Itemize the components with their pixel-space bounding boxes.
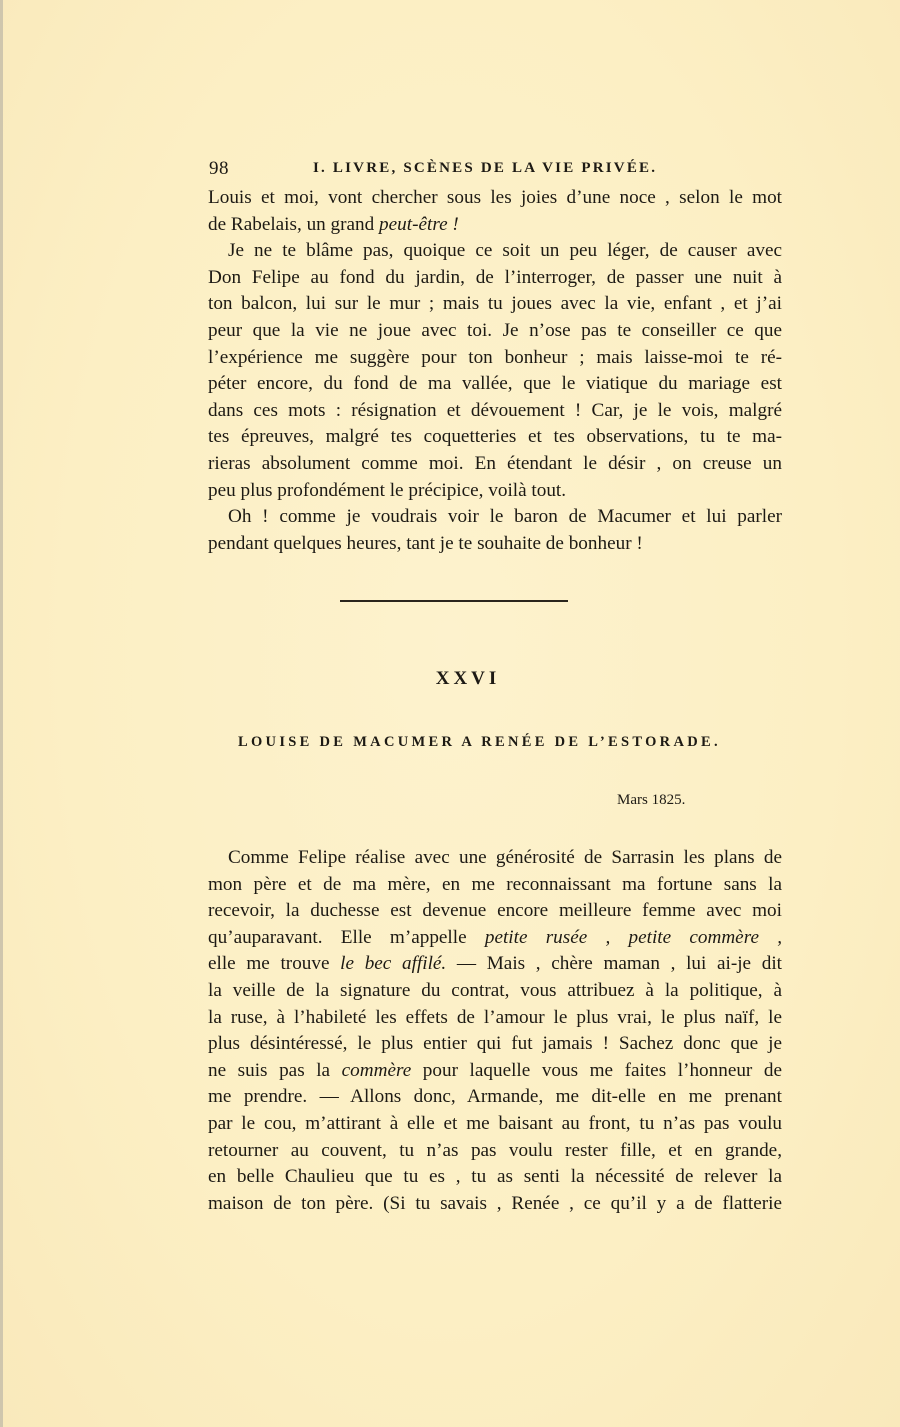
letter-date: Mars 1825. bbox=[617, 792, 685, 809]
text-run: mon père et de ma mère, en me reconnaiss… bbox=[208, 874, 782, 895]
text-run: la ruse, à l’habileté les effets de l’am… bbox=[208, 1007, 782, 1028]
text-run: l’expérience me suggère pour ton bonheur… bbox=[208, 347, 782, 368]
text-run: retourner au couvent, tu n’as pas voulu … bbox=[208, 1140, 782, 1161]
text-run: en belle Chaulieu que tu es , tu as sent… bbox=[208, 1166, 782, 1187]
text-line: de Rabelais, un grand peut-être ! bbox=[208, 212, 782, 239]
text-run: Comme Felipe réalise avec une générosité… bbox=[228, 847, 782, 868]
text-line: Don Felipe au fond du jardin, de l’inter… bbox=[208, 265, 782, 292]
page-edge bbox=[0, 0, 3, 1427]
text-run: dans ces mots : résignation et dévouemen… bbox=[208, 400, 782, 421]
text-run: péter encore, du fond de ma vallée, que … bbox=[208, 373, 782, 394]
text-line: qu’auparavant. Elle m’appelle petite rus… bbox=[208, 925, 782, 952]
text-run: elle me trouve bbox=[208, 953, 340, 974]
text-run: pendant quelques heures, tant je te souh… bbox=[208, 533, 643, 554]
text-run: tes épreuves, malgré tes coquetteries et… bbox=[208, 426, 782, 447]
text-run: Louis et moi, vont chercher sous les joi… bbox=[208, 187, 782, 208]
text-line: mon père et de ma mère, en me reconnaiss… bbox=[208, 872, 782, 899]
text-line: ton balcon, lui sur le mur ; mais tu jou… bbox=[208, 291, 782, 318]
text-run: Oh ! comme je voudrais voir le baron de … bbox=[228, 506, 782, 527]
page-number: 98 bbox=[209, 158, 229, 180]
text-line: l’expérience me suggère pour ton bonheur… bbox=[208, 345, 782, 372]
text-run: Don Felipe au fond du jardin, de l’inter… bbox=[208, 267, 782, 288]
text-line: péter encore, du fond de ma vallée, que … bbox=[208, 371, 782, 398]
italic-phrase: petite rusée , petite commère , bbox=[485, 927, 782, 948]
text-run: de Rabelais, un grand bbox=[208, 214, 379, 235]
text-run: rieras absolument comme moi. En étendant… bbox=[208, 453, 782, 474]
text-run: plus désintéressé, le plus entier qui fu… bbox=[208, 1033, 782, 1054]
italic-phrase: peut-être ! bbox=[379, 214, 459, 235]
running-head: 98 I. LIVRE, SCÈNES DE LA VIE PRIVÉE. bbox=[209, 158, 783, 182]
text-line: rieras absolument comme moi. En étendant… bbox=[208, 451, 782, 478]
text-line: elle me trouve le bec affilé. — Mais , c… bbox=[208, 951, 782, 978]
chapter-number: XXVI bbox=[0, 668, 900, 690]
text-line: me prendre. — Allons donc, Armande, me d… bbox=[208, 1084, 782, 1111]
text-line: par le cou, m’attirant à elle et me bais… bbox=[208, 1111, 782, 1138]
letter-title: LOUISE DE MACUMER A RENÉE DE L’ESTORADE. bbox=[238, 734, 721, 751]
text-run: pour laquelle vous me faites l’honneur d… bbox=[411, 1060, 782, 1081]
text-run: par le cou, m’attirant à elle et me bais… bbox=[208, 1113, 782, 1134]
text-line: Oh ! comme je voudrais voir le baron de … bbox=[208, 504, 782, 531]
text-run: Je ne te blâme pas, quoique ce soit un p… bbox=[228, 240, 782, 261]
text-line: Comme Felipe réalise avec une générosité… bbox=[208, 845, 782, 872]
text-line: dans ces mots : résignation et dévouemen… bbox=[208, 398, 782, 425]
letter-body-text: Comme Felipe réalise avec une générosité… bbox=[208, 845, 782, 1217]
text-run: ne suis pas la bbox=[208, 1060, 342, 1081]
section-separator-rule bbox=[340, 600, 568, 602]
text-line: tes épreuves, malgré tes coquetteries et… bbox=[208, 424, 782, 451]
text-line: retourner au couvent, tu n’as pas voulu … bbox=[208, 1138, 782, 1165]
text-line: Louis et moi, vont chercher sous les joi… bbox=[208, 185, 782, 212]
text-line: pendant quelques heures, tant je te souh… bbox=[208, 531, 782, 558]
text-run: qu’auparavant. Elle m’appelle bbox=[208, 927, 485, 948]
text-line: plus désintéressé, le plus entier qui fu… bbox=[208, 1031, 782, 1058]
text-line: en belle Chaulieu que tu es , tu as sent… bbox=[208, 1164, 782, 1191]
text-run: maison de ton père. (Si tu savais , René… bbox=[208, 1193, 782, 1214]
italic-phrase: commère bbox=[342, 1060, 412, 1081]
text-run: peur que la vie ne joue avec toi. Je n’o… bbox=[208, 320, 782, 341]
letter-closing-text: Louis et moi, vont chercher sous les joi… bbox=[208, 185, 782, 557]
text-line: ne suis pas la commère pour laquelle vou… bbox=[208, 1058, 782, 1085]
text-line: la ruse, à l’habileté les effets de l’am… bbox=[208, 1005, 782, 1032]
text-run: me prendre. — Allons donc, Armande, me d… bbox=[208, 1086, 782, 1107]
text-run: ton balcon, lui sur le mur ; mais tu jou… bbox=[208, 293, 782, 314]
italic-phrase: le bec affilé. bbox=[340, 953, 446, 974]
text-run: — Mais , chère maman , lui ai-je dit bbox=[446, 953, 782, 974]
text-line: maison de ton père. (Si tu savais , René… bbox=[208, 1191, 782, 1218]
running-head-title: I. LIVRE, SCÈNES DE LA VIE PRIVÉE. bbox=[313, 160, 657, 177]
text-run: la veille de la signature du contrat, vo… bbox=[208, 980, 782, 1001]
text-line: Je ne te blâme pas, quoique ce soit un p… bbox=[208, 238, 782, 265]
text-line: la veille de la signature du contrat, vo… bbox=[208, 978, 782, 1005]
text-run: recevoir, la duchesse est devenue encore… bbox=[208, 900, 782, 921]
text-line: recevoir, la duchesse est devenue encore… bbox=[208, 898, 782, 925]
text-line: peu plus profondément le précipice, voil… bbox=[208, 478, 782, 505]
book-page: 98 I. LIVRE, SCÈNES DE LA VIE PRIVÉE. Lo… bbox=[0, 0, 900, 1427]
text-run: peu plus profondément le précipice, voil… bbox=[208, 480, 566, 501]
text-line: peur que la vie ne joue avec toi. Je n’o… bbox=[208, 318, 782, 345]
